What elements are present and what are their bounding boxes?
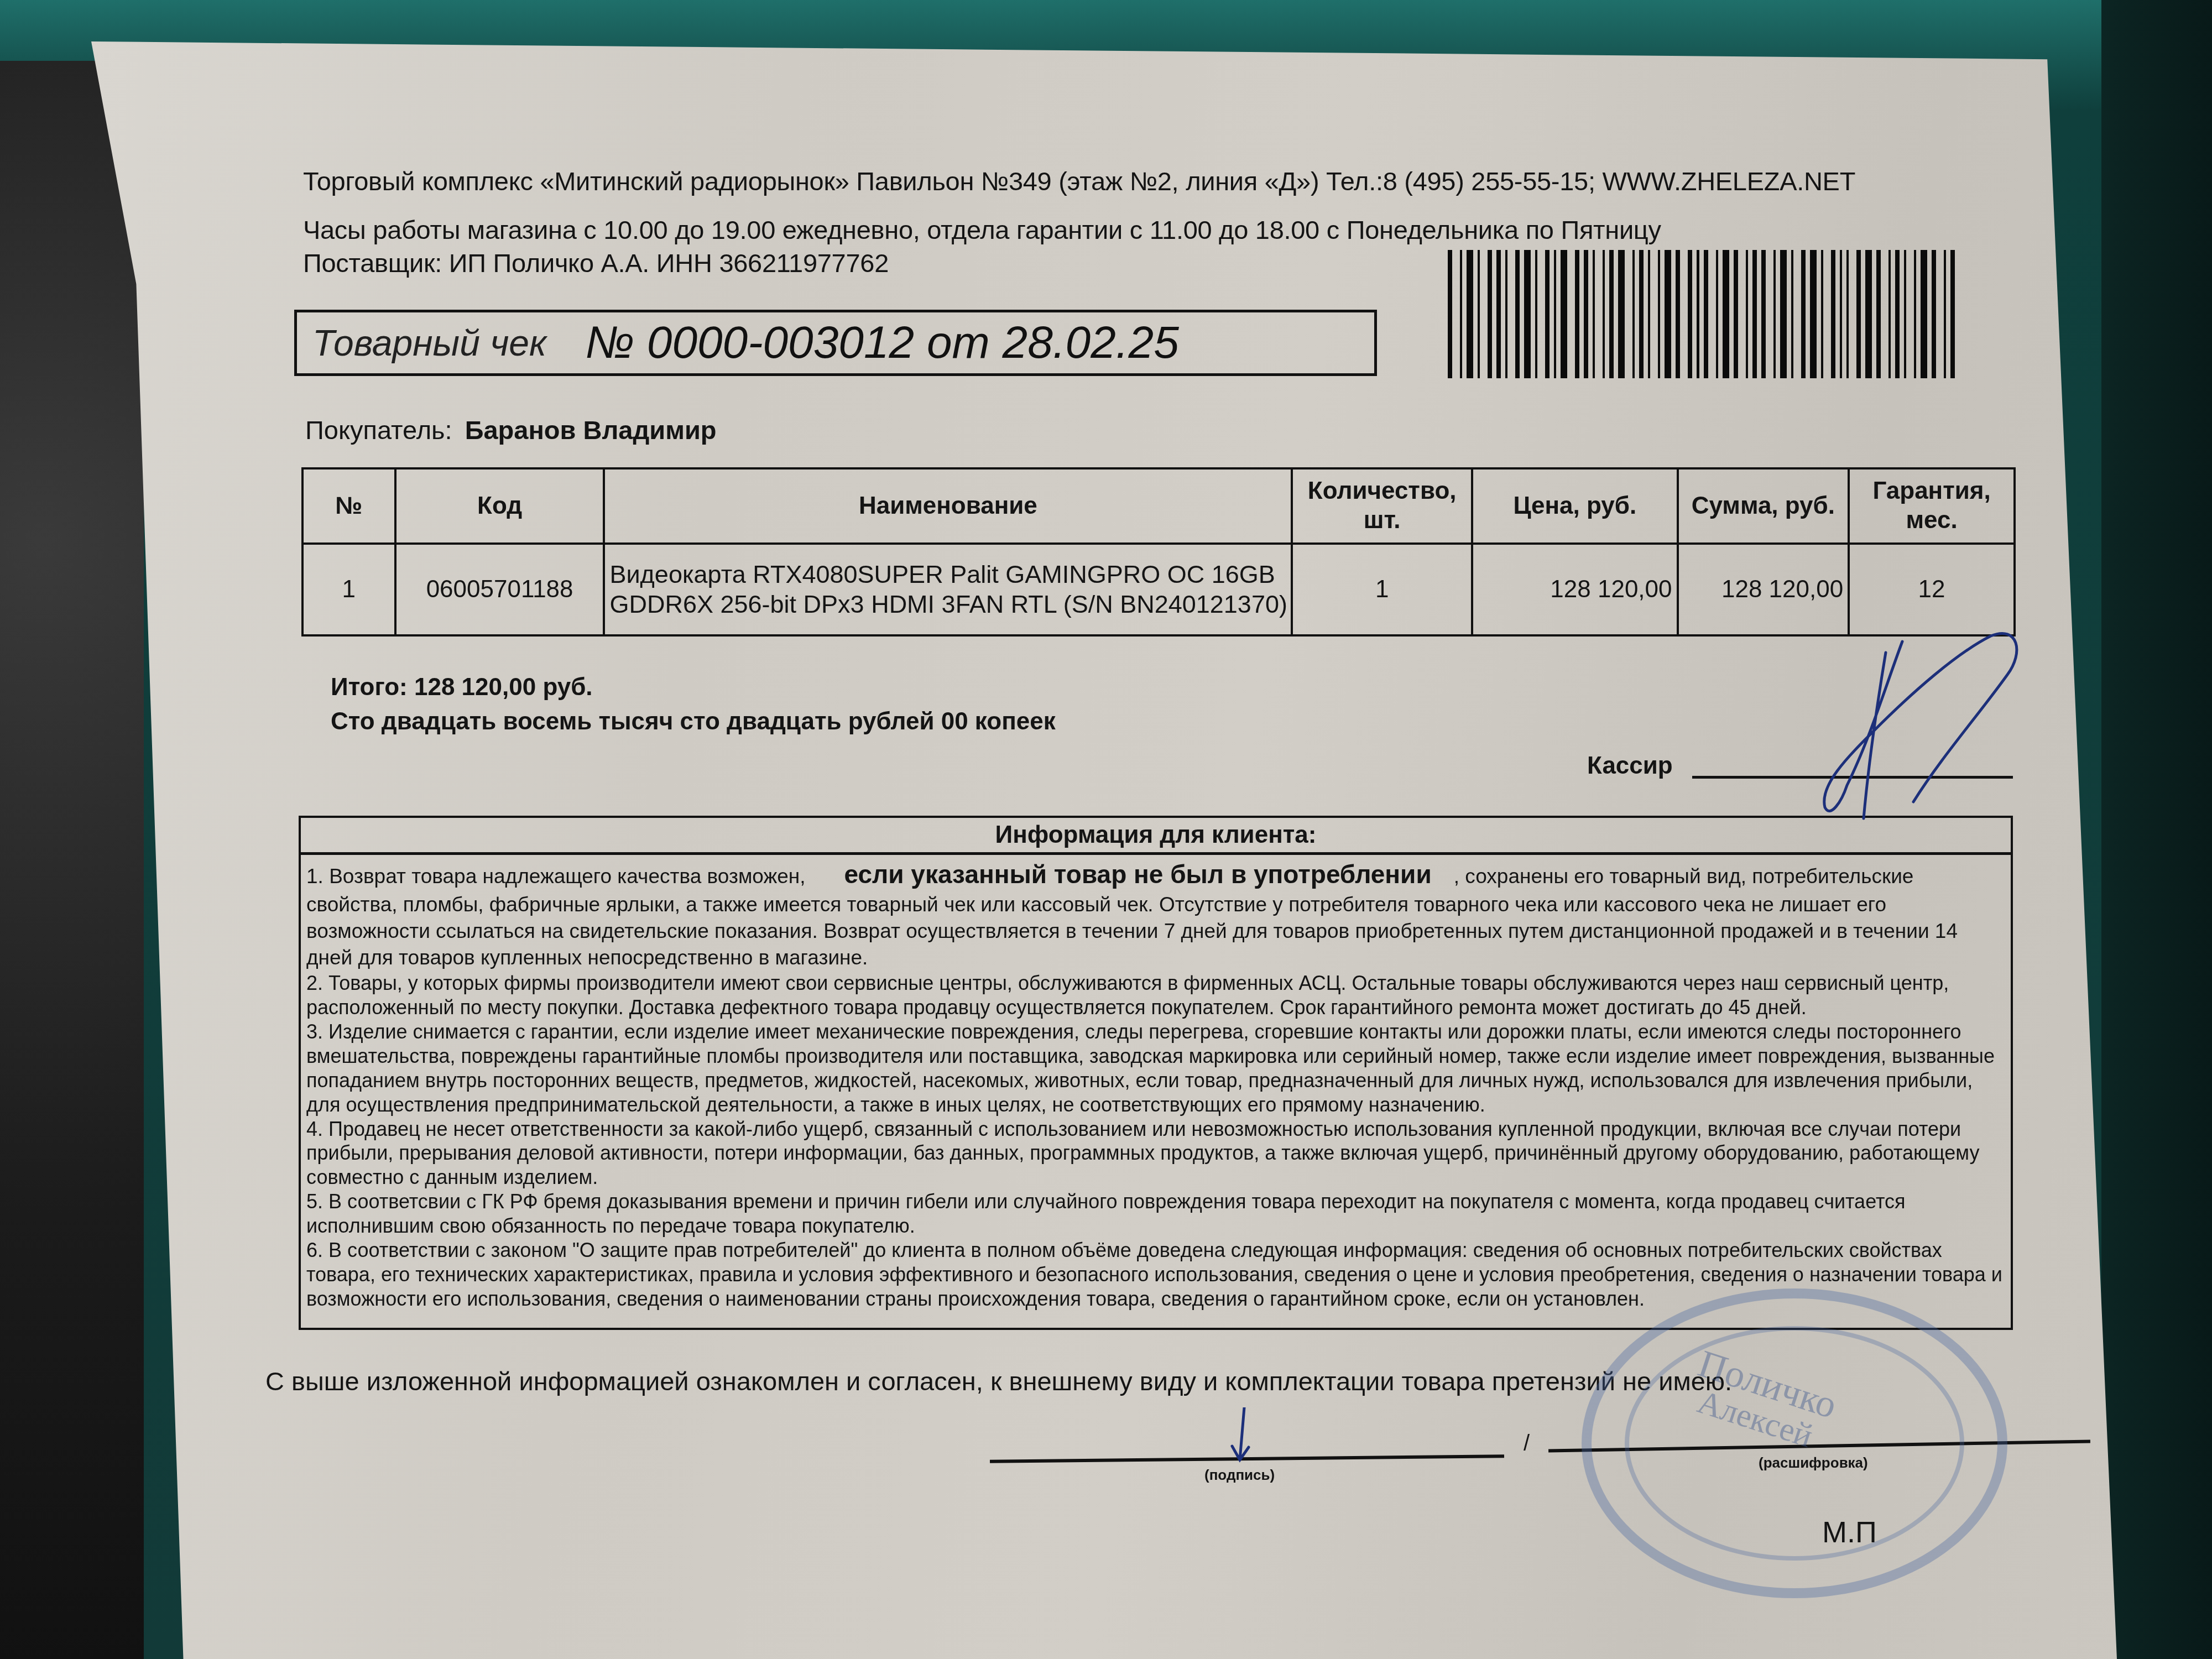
receipt-title-box: Товарный чек № 0000-003012 от 28.02.25	[294, 310, 1377, 376]
cell-product-name: Видеокарта RTX4080SUPER Palit GAMINGPRO …	[604, 544, 1292, 635]
barcode-bar	[1761, 250, 1766, 378]
cashier-signature-line	[1692, 776, 2013, 779]
buyer-line: Покупатель: Баранов Владимир	[305, 415, 717, 445]
info-paragraph-4: 4. Продавец не несет ответственности за …	[306, 1117, 2005, 1190]
barcode-bar	[1746, 250, 1748, 378]
barcode-bar	[1632, 250, 1635, 378]
signature-separator: /	[1524, 1431, 1530, 1456]
barcode-bar	[1704, 250, 1708, 378]
info-paragraph-6: 6. В соответствии с законом "О защите пр…	[306, 1238, 2005, 1311]
col-header-warranty: Гарантия, мес.	[1849, 468, 2015, 544]
cell-quantity: 1	[1292, 544, 1472, 635]
sales-receipt-document: Торговый комплекс «Митинский радиорынок»…	[0, 0, 2212, 1659]
client-info-box: Информация для клиента: 1. Возврат товар…	[299, 816, 2013, 1330]
barcode-bar	[1876, 250, 1881, 378]
barcode-bar	[1545, 250, 1550, 378]
barcode-bar	[1639, 250, 1644, 378]
signature-caption: (подпись)	[1204, 1467, 1275, 1484]
receipt-number-date: № 0000-003012 от 28.02.25	[585, 317, 1179, 369]
supplier-line: Поставщик: ИП Поличко А.А. ИНН 366211977…	[303, 248, 889, 278]
barcode-bar	[1603, 250, 1605, 378]
items-table: № Код Наименование Количество, шт. Цена,…	[301, 467, 2016, 637]
info-emphasis: если указанный товар не был в употреблен…	[844, 860, 1432, 889]
buyer-label: Покупатель:	[305, 415, 452, 445]
barcode-bar	[1658, 250, 1660, 378]
barcode-bar	[1575, 250, 1579, 378]
barcode-bar	[1791, 250, 1793, 378]
barcode-bar	[1524, 250, 1531, 378]
barcode-bar	[1856, 250, 1861, 378]
barcode-bar	[1554, 250, 1556, 378]
barcode-bar	[1810, 250, 1817, 378]
barcode-bar	[1734, 250, 1738, 378]
client-info-title: Информация для клиента:	[301, 818, 2011, 855]
barcode-bar	[1593, 250, 1595, 378]
barcode-bar	[1821, 250, 1823, 378]
barcode-bar	[1688, 250, 1692, 378]
barcode-bar	[1716, 250, 1718, 378]
customer-signature-line	[990, 1454, 1504, 1463]
barcode-bar	[1752, 250, 1757, 378]
barcode-bar	[1488, 250, 1492, 378]
col-header-code: Код	[395, 468, 604, 544]
col-header-price: Цена, руб.	[1472, 468, 1677, 544]
barcode-bar	[1648, 250, 1650, 378]
barcode-bar	[1496, 250, 1501, 378]
cashier-signature-icon	[1759, 619, 2068, 830]
buyer-name: Баранов Владимир	[465, 415, 717, 445]
col-header-sum: Сумма, руб.	[1678, 468, 1849, 544]
seal-stamp-text: Поличко Алексей	[1683, 1344, 1841, 1457]
acknowledgment-text: С выше изложенной информацией ознакомлен…	[265, 1366, 1732, 1396]
barcode-bar	[1609, 250, 1614, 378]
barcode-bar	[1505, 250, 1507, 378]
client-info-body: 1. Возврат товара надлежащего качества в…	[301, 855, 2011, 1314]
barcode-bar	[1944, 250, 1946, 378]
table-header-row: № Код Наименование Количество, шт. Цена,…	[302, 468, 2015, 544]
info-paragraph-1: 1. Возврат товара надлежащего качества в…	[306, 858, 2005, 971]
barcode-bar	[1888, 250, 1891, 378]
col-header-quantity: Количество, шт.	[1292, 468, 1472, 544]
barcode-bar	[1448, 250, 1452, 378]
store-hours-line: Часы работы магазина с 10.00 до 19.00 еж…	[303, 215, 1661, 245]
cell-code: 06005701188	[395, 544, 604, 635]
barcode-bar	[1467, 250, 1473, 378]
col-header-name: Наименование	[604, 468, 1292, 544]
col-header-number: №	[302, 468, 395, 544]
barcode-bar	[1865, 250, 1872, 378]
table-row: 1 06005701188 Видеокарта RTX4080SUPER Pa…	[302, 544, 2015, 635]
cashier-label: Кассир	[1587, 752, 1673, 780]
info-paragraph-2: 2. Товары, у которых фирмы производители…	[306, 971, 2005, 1020]
barcode-bar	[1895, 250, 1900, 378]
barcode-bar	[1676, 250, 1680, 378]
barcode-bar	[1561, 250, 1567, 378]
receipt-label: Товарный чек	[312, 322, 546, 364]
barcode-bar	[1584, 250, 1588, 378]
barcode-bar	[1831, 250, 1835, 378]
barcode-bar	[1801, 250, 1806, 378]
barcode-icon	[1448, 250, 1959, 378]
signature-decoding-line	[1548, 1439, 2090, 1452]
store-address-line: Торговый комплекс «Митинский радиорынок»…	[303, 166, 1855, 196]
barcode-bar	[1780, 250, 1787, 378]
barcode-bar	[1840, 250, 1842, 378]
barcode-bar	[1932, 250, 1936, 378]
barcode-bar	[1618, 250, 1625, 378]
barcode-bar	[1921, 250, 1927, 378]
barcode-bar	[1460, 250, 1462, 378]
barcode-bar	[1904, 250, 1906, 378]
total-in-words: Сто двадцать восемь тысяч сто двадцать р…	[331, 708, 1056, 735]
barcode-bar	[1697, 250, 1699, 378]
cell-number: 1	[302, 544, 395, 635]
barcode-bar	[1665, 250, 1671, 378]
decoding-caption: (расшифровка)	[1759, 1454, 1868, 1472]
barcode-bar	[1914, 250, 1916, 378]
info-paragraph-3: 3. Изделие снимается с гарантии, если из…	[306, 1020, 2005, 1117]
barcode-bar	[1535, 250, 1537, 378]
barcode-bar	[1773, 250, 1776, 378]
barcode-bar	[1950, 250, 1955, 378]
seal-marker: М.П	[1822, 1515, 1877, 1550]
cell-warranty: 12	[1849, 544, 2015, 635]
barcode-bar	[1478, 250, 1480, 378]
info-paragraph-5: 5. В соответсвии с ГК РФ бремя доказыван…	[306, 1190, 2005, 1238]
total-amount: Итого: 128 120,00 руб.	[331, 674, 593, 701]
barcode-bar	[1723, 250, 1729, 378]
barcode-bar	[1846, 250, 1849, 378]
cell-price: 128 120,00	[1472, 544, 1677, 635]
barcode-bar	[1515, 250, 1520, 378]
cell-sum: 128 120,00	[1678, 544, 1849, 635]
